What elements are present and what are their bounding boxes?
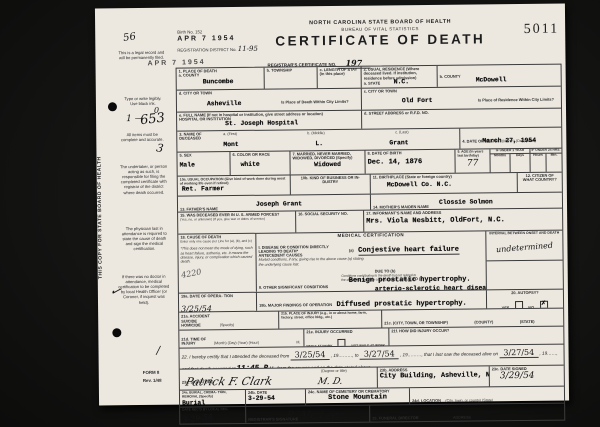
autopsy-yes-label: YES (502, 306, 510, 309)
armed-forces-sublabel: (Yes, no, or unknown) (If yes, give war … (180, 217, 293, 222)
place-of-injury-label: 21b. PLACE OF INJURY (e.g., in or about … (281, 312, 379, 321)
while-at-work-label: WHILE AT WORK (306, 344, 332, 346)
time-m-label: M. (296, 340, 300, 344)
margin-physician-note: The physician last in attendance is requ… (119, 226, 169, 252)
punch-hole-top (108, 102, 117, 111)
antecedent-fine-print: Morbid conditions, if any, giving rise t… (259, 257, 369, 267)
last-name-label: c. (Last) (395, 130, 408, 134)
medical-certification-band: 18. CAUSE OF DEATH Enter only one cause … (178, 231, 563, 294)
accident-label: 21a. ACCIDENT SUICIDE HOMICIDE (181, 314, 215, 328)
min-label: Min. (546, 153, 561, 172)
certify-to-date: 3/27/54 (360, 349, 399, 359)
dob-label: 8. DATE OF BIRTH (367, 151, 452, 156)
informant-value: Mrs. Viola Nesbitt, OldFort, N.C. (366, 216, 560, 226)
occupation-value: Ret. Farmer (182, 185, 224, 192)
mother-value: Clossie Solmon (439, 198, 493, 206)
name-of-deceased-label: 3. NAME OF DECEASED (179, 132, 219, 141)
occupation-label: 10a. USUAL OCCUPATION (Give kind of work… (180, 176, 288, 185)
race-label: 6. COLOR OR RACE (232, 152, 287, 157)
burial-date-value: 3-29-54 (248, 395, 303, 403)
handwritten-slash: / (156, 344, 160, 357)
time-of-injury-sublabels: (Month) (Day) (Year) (Hour) (214, 341, 259, 345)
operation-findings-label: 19b. MAJOR FINDINGS OF OPERATION (259, 302, 332, 308)
citizen-label: 12. CITIZEN OF WHAT COUNTRY? (520, 174, 560, 183)
death-certificate-document: THIS COPY FOR STATE BOARD OF HEALTH 56 T… (95, 4, 569, 406)
how-injury-label: 21f. HOW DID INJURY OCCUR? (391, 328, 561, 334)
date-signed-value: 3/29/54 (500, 371, 562, 382)
handwritten-3: 3 (155, 141, 164, 155)
business-label: 10b. KIND OF BUSINESS OR IN- DUSTRY (293, 176, 368, 186)
residence-city-limits-question: Is Place of Residence Within City Limits… (478, 97, 554, 103)
father-value: Joseph Grant (256, 200, 302, 207)
hospital-value: St. Joseph Hospital (225, 119, 298, 127)
margin-legal-note: This is a legal record and will be perma… (117, 50, 165, 61)
middle-name-value: L. (315, 140, 323, 147)
informant-label: 17. INFORMANT'S NAME AND ADDRESS (366, 210, 560, 217)
death-city-limits-question: Is Place of Death Within City Limits? (281, 99, 348, 105)
certify-from-date: 3/25/54 (291, 350, 330, 360)
overlapping-date-stamp: APR 7 1954 (147, 59, 205, 68)
while-at-work-checkbox (338, 339, 346, 346)
father-label: 13. FATHER'S NAME (180, 206, 218, 211)
margin-vertical-text: THIS COPY FOR STATE BOARD OF HEALTH (96, 156, 103, 279)
certify-text-3: , 19………, that I last saw the deceased (400, 351, 481, 357)
first-name-label: a. (First) (223, 132, 237, 136)
registration-district-label: REGISTRATION DISTRICT No. (177, 47, 236, 53)
certificate-title: CERTIFICATE OF DEATH (265, 31, 495, 48)
margin-no-doctor-note: If there was no doctor in attendance, me… (118, 274, 170, 305)
township-label: b. TOWNSHIP (267, 68, 315, 73)
length-of-stay-label: c. LENGTH OF STAY (in this place) (320, 68, 359, 77)
hours-label: Hours (530, 154, 546, 172)
sex-label: 5. SEX (179, 153, 227, 158)
certificate-header: Birth No. 152 APR 7 1954 REGISTRATION DI… (175, 18, 561, 68)
injury-city-label: 21c. (CITY, TOWN, OR TOWNSHIP) (384, 320, 448, 326)
certify-alive-date: 3/27/54 (499, 348, 538, 358)
operation-findings-value-1: Diffused prostatic hypertrophy. (336, 300, 466, 309)
punch-hole-bottom (112, 328, 121, 337)
autopsy-label: 20. AUTOPSY? (489, 291, 561, 296)
form-number: FORM 8 (143, 370, 160, 375)
cause-of-death-sublabel: Enter only one cause per Line for (a), (… (180, 239, 253, 244)
margin-undertaker-note: The undertaker, or person acting as such… (119, 164, 169, 195)
marital-value: Widowed (293, 161, 363, 169)
first-name-value: Mont (223, 141, 238, 148)
certify-text-1: 22. I hereby certify that I attended the… (182, 353, 290, 359)
form-revision: Rev. 1/48 (143, 378, 162, 383)
middle-name-label: b. (Middle) (307, 131, 324, 135)
autopsy-yes-checkbox (515, 301, 523, 308)
ssn-label: 16. SOCIAL SECURITY NO. (298, 212, 361, 217)
certify-text-4: alive on (482, 351, 498, 356)
degree-label: (Degree or title) (321, 369, 347, 373)
physician-address-value: City Building, Asheville, N.C. (380, 372, 487, 381)
injury-county-label: (COUNTY) (474, 319, 493, 324)
place-city-value: Asheville (207, 100, 242, 107)
funeral-director-label: 25. FUNERAL DIRECTOR (372, 415, 418, 420)
months-label: Months (490, 154, 510, 172)
marital-label: 7. MARRIED, NEVER MARRIED, WIDOWED, DIVO… (292, 152, 362, 162)
physician-degree: M. D. (317, 377, 344, 387)
sex-value: Male (180, 162, 228, 170)
other-conditions-label: II. OTHER SIGNIFICANT CONDITIONS (259, 285, 337, 290)
burial-location-sublabels: (City, town, or county) (State) (445, 398, 493, 402)
place-county-value: Buncombe (203, 78, 234, 85)
certificate-serial-number: 5011 (524, 22, 560, 38)
street-address-label: d. STREET ADDRESS or R.F.D. NO. (364, 110, 559, 117)
interval-label: INTERVAL BETWEEN ONSET AND DEATH (486, 231, 562, 236)
registration-district-value: 11-95 (238, 45, 258, 53)
birthplace-label: 11. BIRTHPLACE (State or foreign country… (373, 174, 515, 180)
time-of-injury-label: 21d. TIME OF INJURY (181, 337, 209, 346)
date-of-death-value: March 27, 1954 (482, 137, 536, 145)
margin-column: THIS COPY FOR STATE BOARD OF HEALTH 56 T… (95, 8, 178, 406)
certify-text-2: , 19………, to (331, 353, 359, 358)
burial-location-label: 24d. LOCATION (412, 398, 441, 403)
injury-occurred-label: 21e. INJURY OCCURRED (306, 329, 386, 334)
form-grid: 1. PLACE OF DEATH a. COUNTY Buncombe b. … (176, 64, 566, 425)
physician-signature: Patrick F. Clark (184, 375, 273, 389)
residence-state-value: N.C. (394, 78, 409, 85)
funeral-address-label: ADDRESS (453, 416, 471, 420)
certificate-form: Birth No. 152 APR 7 1954 REGISTRATION DI… (175, 18, 565, 425)
accident-specify-label: (Specify) (220, 323, 235, 327)
last-name-value: Grant (389, 139, 408, 146)
residence-city-value: Old Fort (402, 97, 433, 104)
other-conditions-value: Benign prostatic hypertrophy. (349, 276, 471, 285)
interval-value: undetermined (486, 240, 562, 255)
days-label: Days (510, 154, 529, 173)
birthplace-value: McDowell Co. N.C. (387, 181, 515, 189)
registrar-signature: R. Mc Lee (285, 410, 339, 422)
handwritten-653: 653 (139, 110, 165, 128)
age-value: 77 (458, 158, 488, 168)
race-value: white (241, 161, 288, 168)
residence-county-value: McDowell (476, 76, 507, 83)
cemetery-value: Stone Mountain (308, 394, 407, 403)
operation-date-label: 19a. DATE OF OPERA- TION (181, 294, 254, 299)
operation-date-value: 3/25/54 (181, 305, 212, 312)
autopsy-no-checkbox: ✗ (540, 301, 548, 308)
dob-value: Dec. 14, 1876 (368, 158, 453, 167)
handwritten-56: 56 (122, 31, 136, 44)
injury-state-label: (STATE) (520, 319, 535, 324)
row-registrar: DATE REC'D BY LOCAL REG. 3-29-54 REGISTR… (180, 404, 564, 424)
burial-type-value: Burial (182, 399, 243, 407)
mother-label: 14. MOTHER'S MAIDEN NAME (373, 204, 429, 210)
